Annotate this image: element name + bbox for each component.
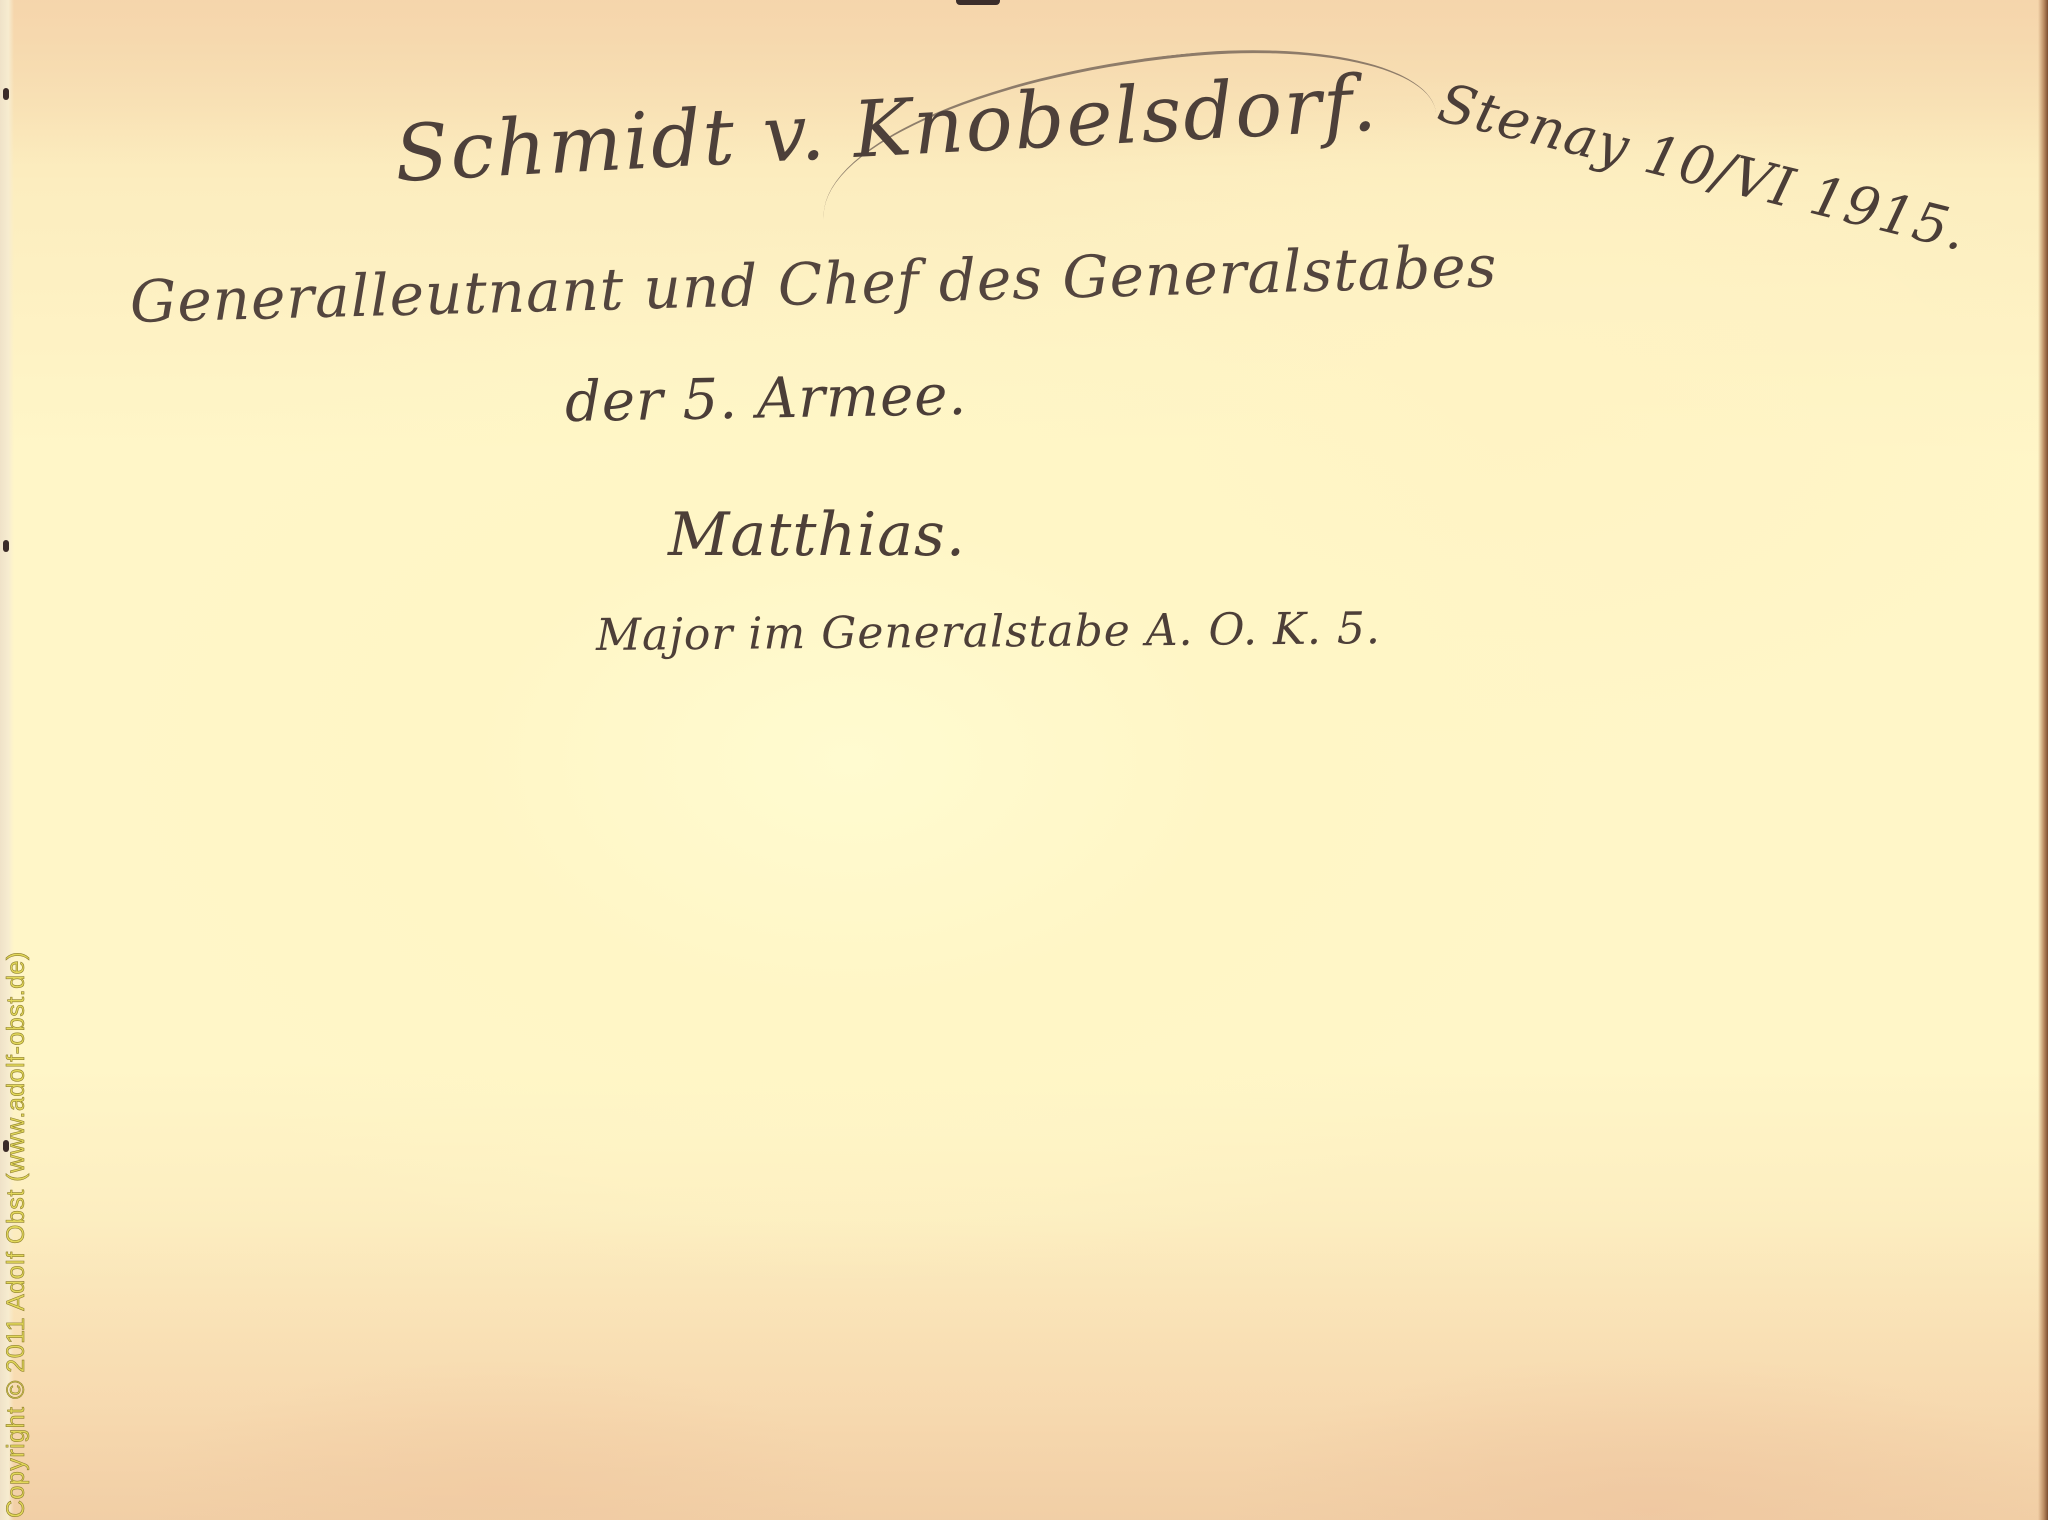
binding-mark-top bbox=[956, 0, 1000, 5]
place-date: Stenay 10/VI 1915. bbox=[1432, 71, 1973, 263]
paper-stain-bottom bbox=[0, 1220, 2048, 1520]
signature-second: Matthias. bbox=[668, 500, 966, 570]
binding-hole bbox=[3, 540, 9, 552]
page-edge-right bbox=[2038, 0, 2048, 1520]
title-line-2: der 5. Armee. bbox=[564, 363, 967, 435]
album-page: Schmidt v. Knobelsdorf. Stenay 10/VI 191… bbox=[0, 0, 2048, 1520]
binding-hole bbox=[3, 88, 9, 100]
title-line-1: Generalleutnant und Chef des Generalstab… bbox=[129, 232, 1498, 336]
second-title: Major im Generalstabe A. O. K. 5. bbox=[596, 603, 1381, 661]
copyright-watermark: Copyright © 2011 Adolf Obst (www.adolf-o… bbox=[2, 951, 31, 1518]
